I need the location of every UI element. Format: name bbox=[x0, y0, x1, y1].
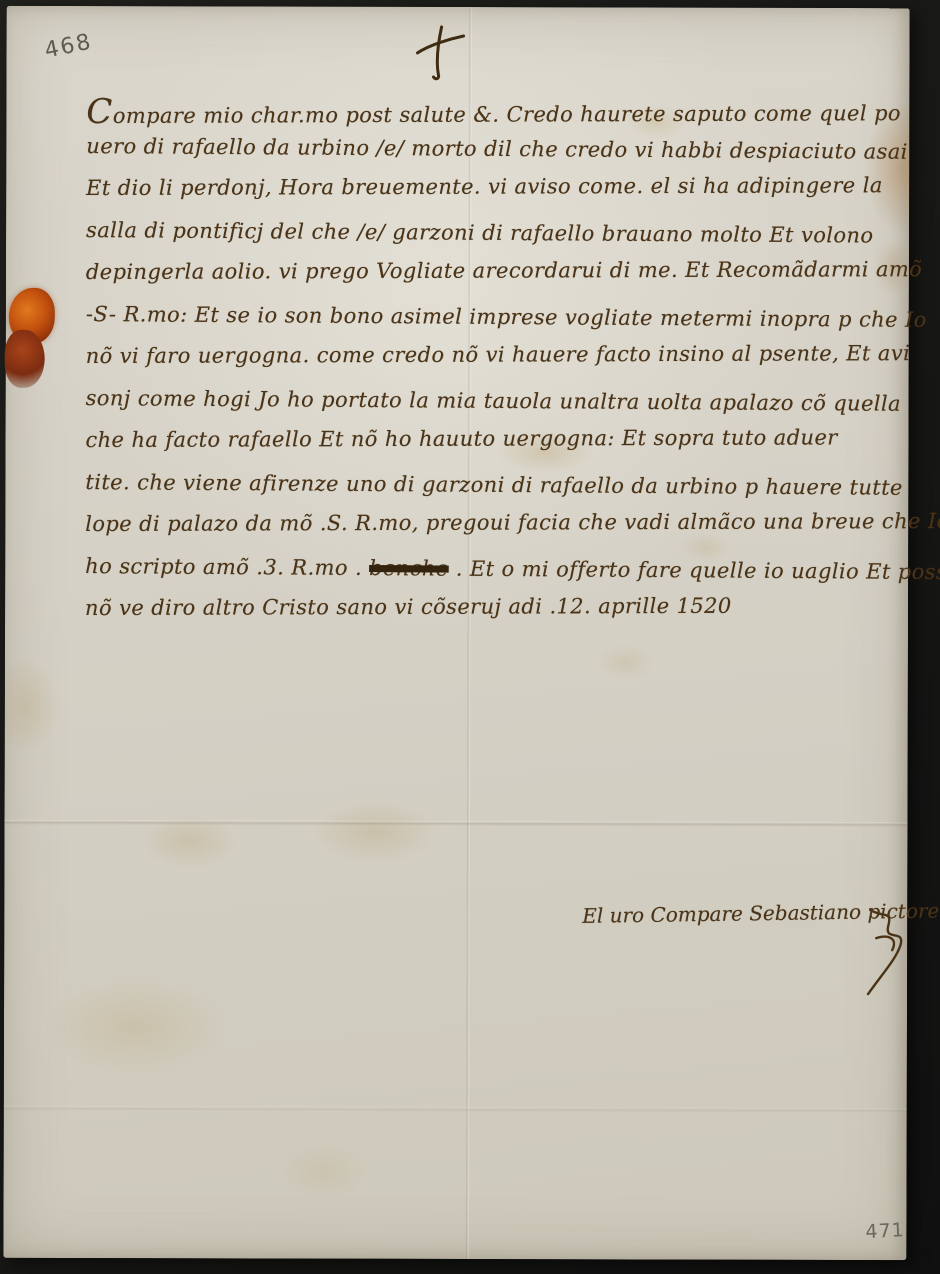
catalog-number-bottom-right: 471 bbox=[865, 1219, 905, 1243]
struck-out-word: benche bbox=[369, 556, 449, 581]
letter-line: depingerla aolio. vi prego Vogliate arec… bbox=[86, 257, 918, 302]
letter-line: che ha facto rafaello Et nõ ho hauuto ue… bbox=[85, 425, 917, 470]
horizontal-fold-crease bbox=[4, 820, 907, 827]
letter-line: Et dio li perdonj, Hora breuemente. vi a… bbox=[86, 173, 918, 218]
catalog-number-top-left: 468 bbox=[42, 29, 94, 63]
photo-backdrop: 468 471 Compare mio char.mo post salute … bbox=[0, 0, 940, 1274]
line-12-pre: ho scripto amõ .3. R.mo . bbox=[85, 554, 369, 580]
letter-sheet: 468 471 Compare mio char.mo post salute … bbox=[3, 6, 909, 1260]
letter-line: lope di palazo da mõ .S. R.mo, pregoui f… bbox=[85, 509, 917, 554]
letter-line-dateline: nõ ve diro altro Cristo sano vi cõseruj … bbox=[85, 593, 917, 638]
cross-mark-icon bbox=[411, 23, 467, 81]
horizontal-fold-crease-faint bbox=[4, 1106, 907, 1113]
letter-line: Compare mio char.mo post salute &. Credo… bbox=[86, 89, 918, 134]
line-12-post: . Et o mi offerto fare quelle io uaglio … bbox=[449, 557, 940, 585]
letter-line: nõ vi faro uergogna. come credo nõ vi ha… bbox=[86, 341, 918, 386]
signature-flourish-icon bbox=[862, 908, 922, 1002]
wax-seal-lower-blob bbox=[5, 330, 45, 388]
letter-body: Compare mio char.mo post salute &. Credo… bbox=[85, 92, 918, 640]
wax-seal bbox=[5, 282, 63, 394]
